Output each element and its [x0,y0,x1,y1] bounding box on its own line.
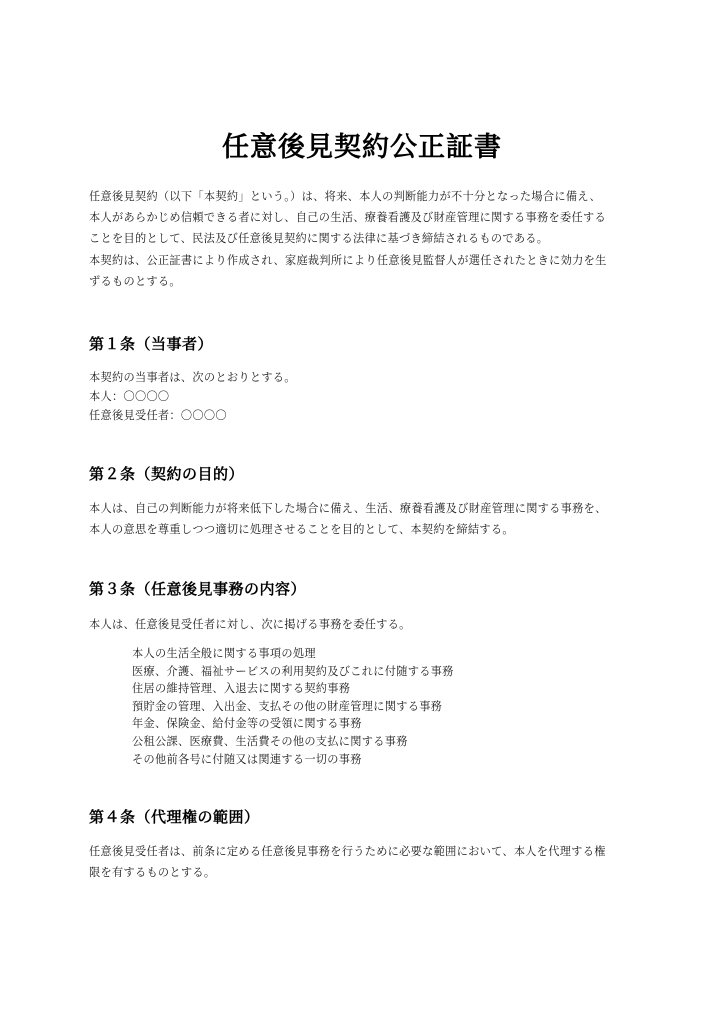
list-item: 本人の生活全般に関する事項の処理 [132,645,454,663]
list-item: 医療、介護、福祉サービスの利用契約及びこれに付随する事務 [132,663,454,681]
text-line: 任意後見受任者は、前条に定める任意後見事務を行うために必要な範囲において、本人を… [89,841,649,862]
article-4-heading: 第４条（代理権の範囲） [89,806,260,828]
text-line: 本契約は、公正証書により作成され、家庭裁判所により任意後見監督人が選任されたとき… [89,250,649,271]
article-2-body: 本人は、自己の判断能力が将来低下した場合に備え、生活、療養看護及び財産管理に関す… [89,498,649,540]
list-item: 年金、保険金、給付金等の受領に関する事務 [132,715,454,733]
text-line: 限を有するものとする。 [89,862,649,883]
preamble-paragraph-2: 本契約は、公正証書により作成され、家庭裁判所により任意後見監督人が選任されたとき… [89,250,649,292]
article-1-heading: 第１条（当事者） [89,333,213,355]
party-principal: 本人：〇〇〇〇 [89,387,649,406]
article-3-body: 本人は、任意後見受任者に対し、次に掲げる事務を委任する。 [89,614,649,635]
text-line: 本人は、自己の判断能力が将来低下した場合に備え、生活、療養看護及び財産管理に関す… [89,498,649,519]
text-line: ずるものとする。 [89,271,649,292]
article-2-heading: 第２条（契約の目的） [89,463,244,485]
text-line: 本人の意思を尊重しつつ適切に処理させることを目的として、本契約を締結する。 [89,519,649,540]
text-line: 本契約の当事者は、次のとおりとする。 [89,368,649,387]
article-4-body: 任意後見受任者は、前条に定める任意後見事務を行うために必要な範囲において、本人を… [89,841,649,883]
text-line: ことを目的として、民法及び任意後見契約に関する法律に基づき締結されるものである。 [89,228,649,249]
party-guardian-designee: 任意後見受任者：〇〇〇〇 [89,406,649,425]
text-line: 任意後見契約（以下「本契約」という。）は、将来、本人の判断能力が不十分となった場… [89,186,649,207]
document-title: 任意後見契約公正証書 [0,128,724,168]
delegated-affairs-list: 本人の生活全般に関する事項の処理 医療、介護、福祉サービスの利用契約及びこれに付… [132,645,454,768]
article-3-heading: 第３条（任意後見事務の内容） [89,578,306,600]
list-item: 住居の維持管理、入退去に関する契約事務 [132,680,454,698]
text-line: 本人は、任意後見受任者に対し、次に掲げる事務を委任する。 [89,614,649,635]
preamble-paragraph-1: 任意後見契約（以下「本契約」という。）は、将来、本人の判断能力が不十分となった場… [89,186,649,249]
list-item: その他前各号に付随又は関連する一切の事務 [132,751,454,769]
list-item: 公租公課、医療費、生活費その他の支払に関する事務 [132,733,454,751]
list-item: 預貯金の管理、入出金、支払その他の財産管理に関する事務 [132,698,454,716]
text-line: 本人があらかじめ信頼できる者に対し、自己の生活、療養看護及び財産管理に関する事務… [89,207,649,228]
article-1-body: 本契約の当事者は、次のとおりとする。 本人：〇〇〇〇 任意後見受任者：〇〇〇〇 [89,368,649,425]
document-page: 任意後見契約公正証書 任意後見契約（以下「本契約」という。）は、将来、本人の判断… [0,0,724,1024]
